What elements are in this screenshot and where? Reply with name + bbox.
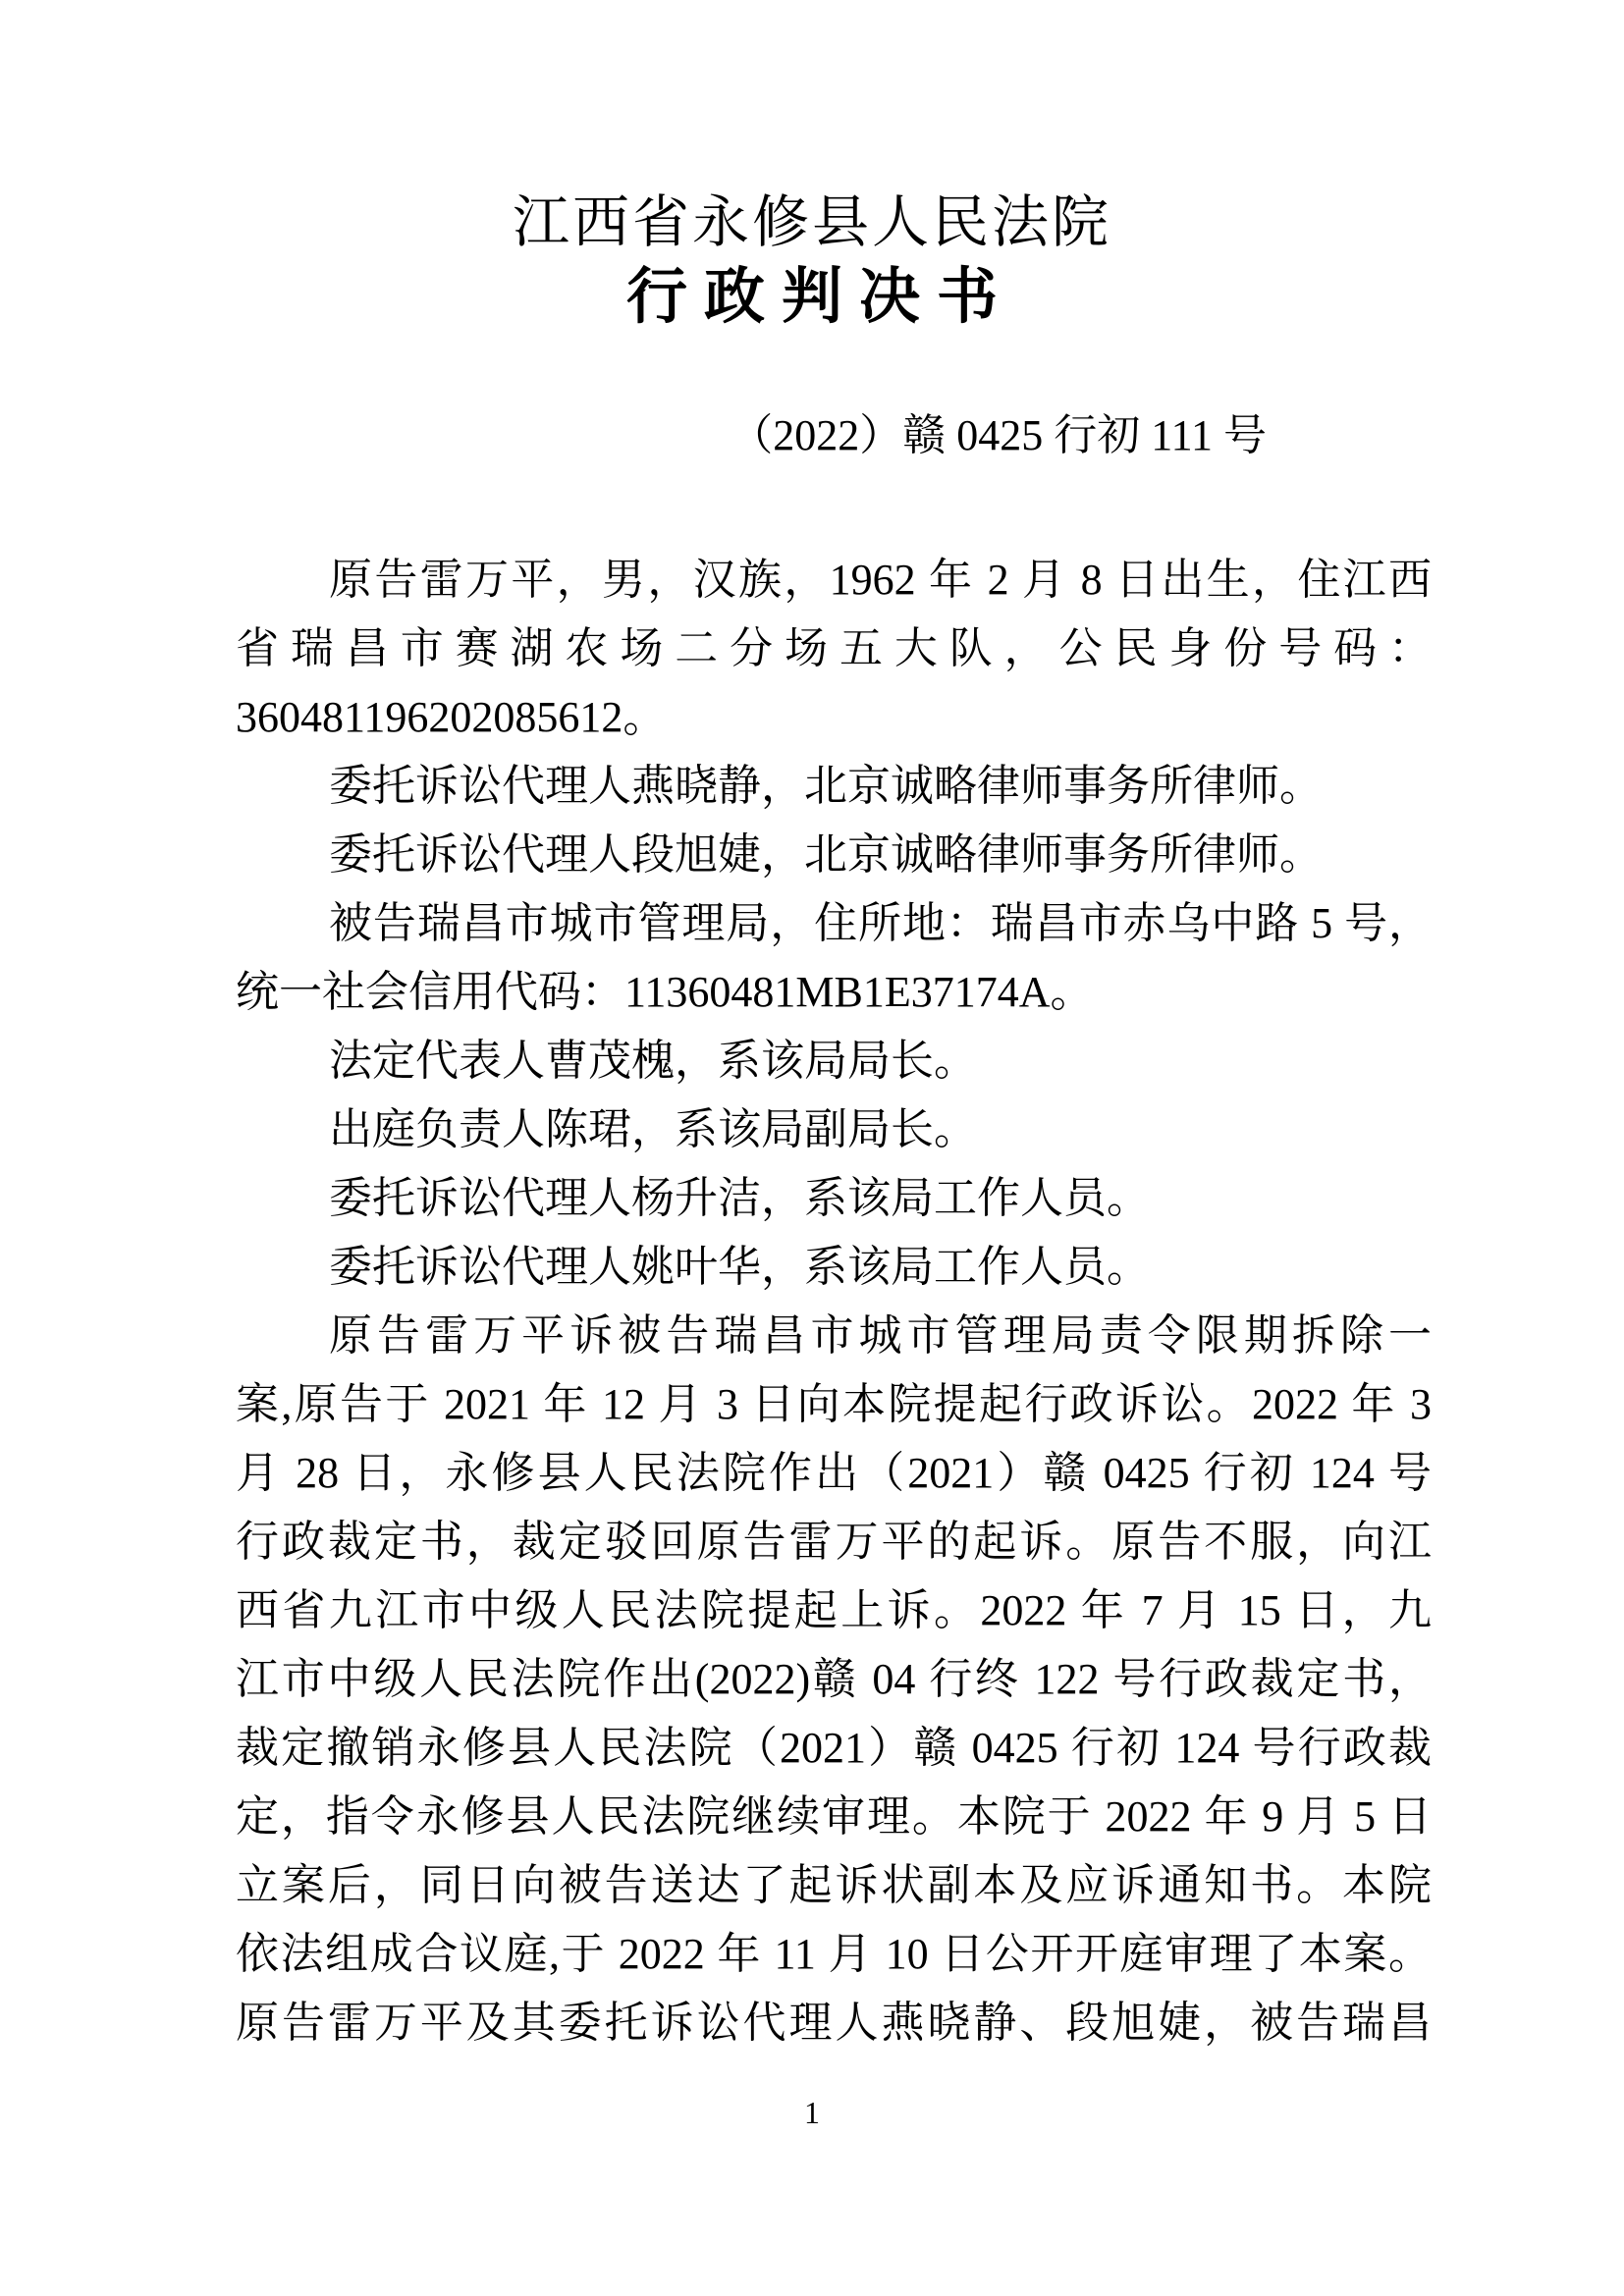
body-line: 法定代表人曹茂槐，系该局局长。 <box>236 1027 1432 1095</box>
case-number: （2022）赣 0425 行初 111 号 <box>730 410 1267 461</box>
body-line: 委托诉讼代理人姚叶华，系该局工作人员。 <box>236 1233 1432 1302</box>
body-line: 江市中级人民法院作出(2022)赣 04 行终 122 号行政裁定书， <box>236 1645 1432 1714</box>
body-line: 行政裁定书，裁定驳回原告雷万平的起诉。原告不服，向江 <box>236 1508 1432 1576</box>
body-line: 裁定撤销永修县人民法院（2021）赣 0425 行初 124 号行政裁 <box>236 1714 1432 1783</box>
body-line: 依法组成合议庭,于 2022 年 11 月 10 日公开开庭审理了本案。 <box>236 1920 1432 1989</box>
body-line: 委托诉讼代理人段旭婕，北京诚略律师事务所律师。 <box>236 821 1432 889</box>
body-line: 原告雷万平及其委托诉讼代理人燕晓静、段旭婕，被告瑞昌 <box>236 1989 1432 2057</box>
body-line: 立案后，同日向被告送达了起诉状副本及应诉通知书。本院 <box>236 1851 1432 1920</box>
body-line: 360481196202085612。 <box>236 683 1432 752</box>
body-line: 月 28 日，永修县人民法院作出（2021）赣 0425 行初 124 号 <box>236 1439 1432 1508</box>
page-number: 1 <box>0 2093 1624 2132</box>
body-line: 被告瑞昌市城市管理局，住所地：瑞昌市赤乌中路 5 号， <box>236 889 1432 958</box>
court-title: 江西省永修县人民法院 <box>0 190 1624 255</box>
body-line: 省瑞昌市赛湖农场二分场五大队，公民身份号码： <box>236 614 1432 683</box>
body-line: 原告雷万平诉被告瑞昌市城市管理局责令限期拆除一 <box>236 1302 1432 1370</box>
document-body: 原告雷万平，男，汉族，1962 年 2 月 8 日出生，住江西 省瑞昌市赛湖农场… <box>236 546 1432 2057</box>
body-line: 委托诉讼代理人燕晓静，北京诚略律师事务所律师。 <box>236 752 1432 821</box>
document-type-title: 行政判决书 <box>0 263 1624 332</box>
body-line: 原告雷万平，男，汉族，1962 年 2 月 8 日出生，住江西 <box>236 546 1432 614</box>
body-line: 西省九江市中级人民法院提起上诉。2022 年 7 月 15 日，九 <box>236 1576 1432 1645</box>
body-line: 统一社会信用代码：11360481MB1E37174A。 <box>236 958 1432 1027</box>
body-line: 委托诉讼代理人杨升洁，系该局工作人员。 <box>236 1164 1432 1233</box>
document-page: 江西省永修县人民法院 行政判决书 （2022）赣 0425 行初 111 号 原… <box>0 0 1624 2296</box>
body-line: 定，指令永修县人民法院继续审理。本院于 2022 年 9 月 5 日 <box>236 1783 1432 1851</box>
body-line: 出庭负责人陈珺，系该局副局长。 <box>236 1095 1432 1164</box>
body-line: 案,原告于 2021 年 12 月 3 日向本院提起行政诉讼。2022 年 3 <box>236 1370 1432 1439</box>
